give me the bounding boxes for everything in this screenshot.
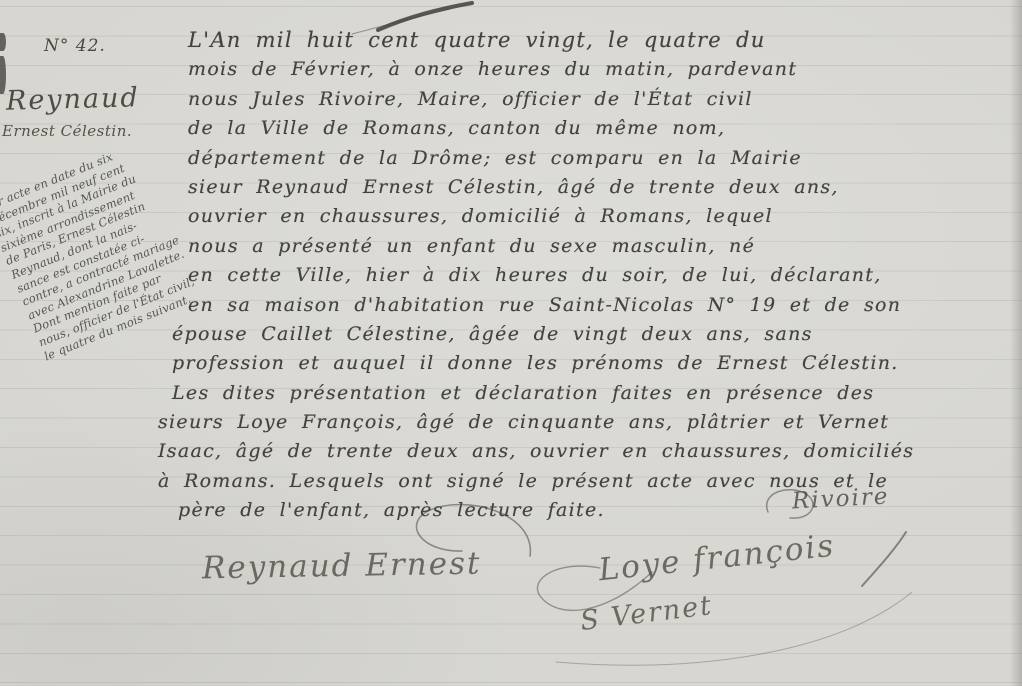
signature-officiant: Rivoire [791,483,890,514]
record-line: père de l'enfant, après lecture faite. [178,496,1018,525]
act-body: L'An mil huit cent quatre vingt, le quat… [188,26,1018,526]
act-number: N° 42. [44,36,106,56]
paper-edge-mark [0,33,6,51]
margin-given-names: Ernest Célestin. [2,122,132,140]
record-line: épouse Caillet Célestine, âgée de vingt … [172,320,1018,349]
record-line: de la Ville de Romans, canton du même no… [188,114,1018,143]
record-line: en cette Ville, hier à dix heures du soi… [188,261,1018,290]
record-line: mois de Février, à onze heures du matin,… [188,55,1018,84]
birth-record-page: N° 42. Reynaud Ernest Célestin. Par acte… [0,0,1022,686]
record-line: ouvrier en chaussures, domicilié à Roman… [188,202,1018,231]
signature-father: Reynaud Ernest [202,546,482,587]
signature-cross-stroke [862,532,906,586]
record-line: L'An mil huit cent quatre vingt, le quat… [188,26,1018,55]
signature-witness-2: S Vernet [579,590,715,637]
record-line: profession et auquel il donne les prénom… [172,349,1018,378]
record-line: en sa maison d'habitation rue Saint-Nico… [188,291,1018,320]
record-line: nous Jules Rivoire, Maire, officier de l… [188,85,1018,114]
record-line: sieur Reynaud Ernest Célestin, âgé de tr… [188,173,1018,202]
record-line: Isaac, âgé de trente deux ans, ouvrier e… [158,437,1018,466]
record-line: nous a présenté un enfant du sexe mascul… [188,232,1018,261]
record-line: sieurs Loye François, âgé de cinquante a… [158,408,1018,437]
signature-witness-1: Loye françois [597,528,837,589]
record-line: département de la Drôme; est comparu en … [188,144,1018,173]
record-line: Les dites présentation et déclaration fa… [172,379,1018,408]
margin-surname: Reynaud [6,82,141,116]
